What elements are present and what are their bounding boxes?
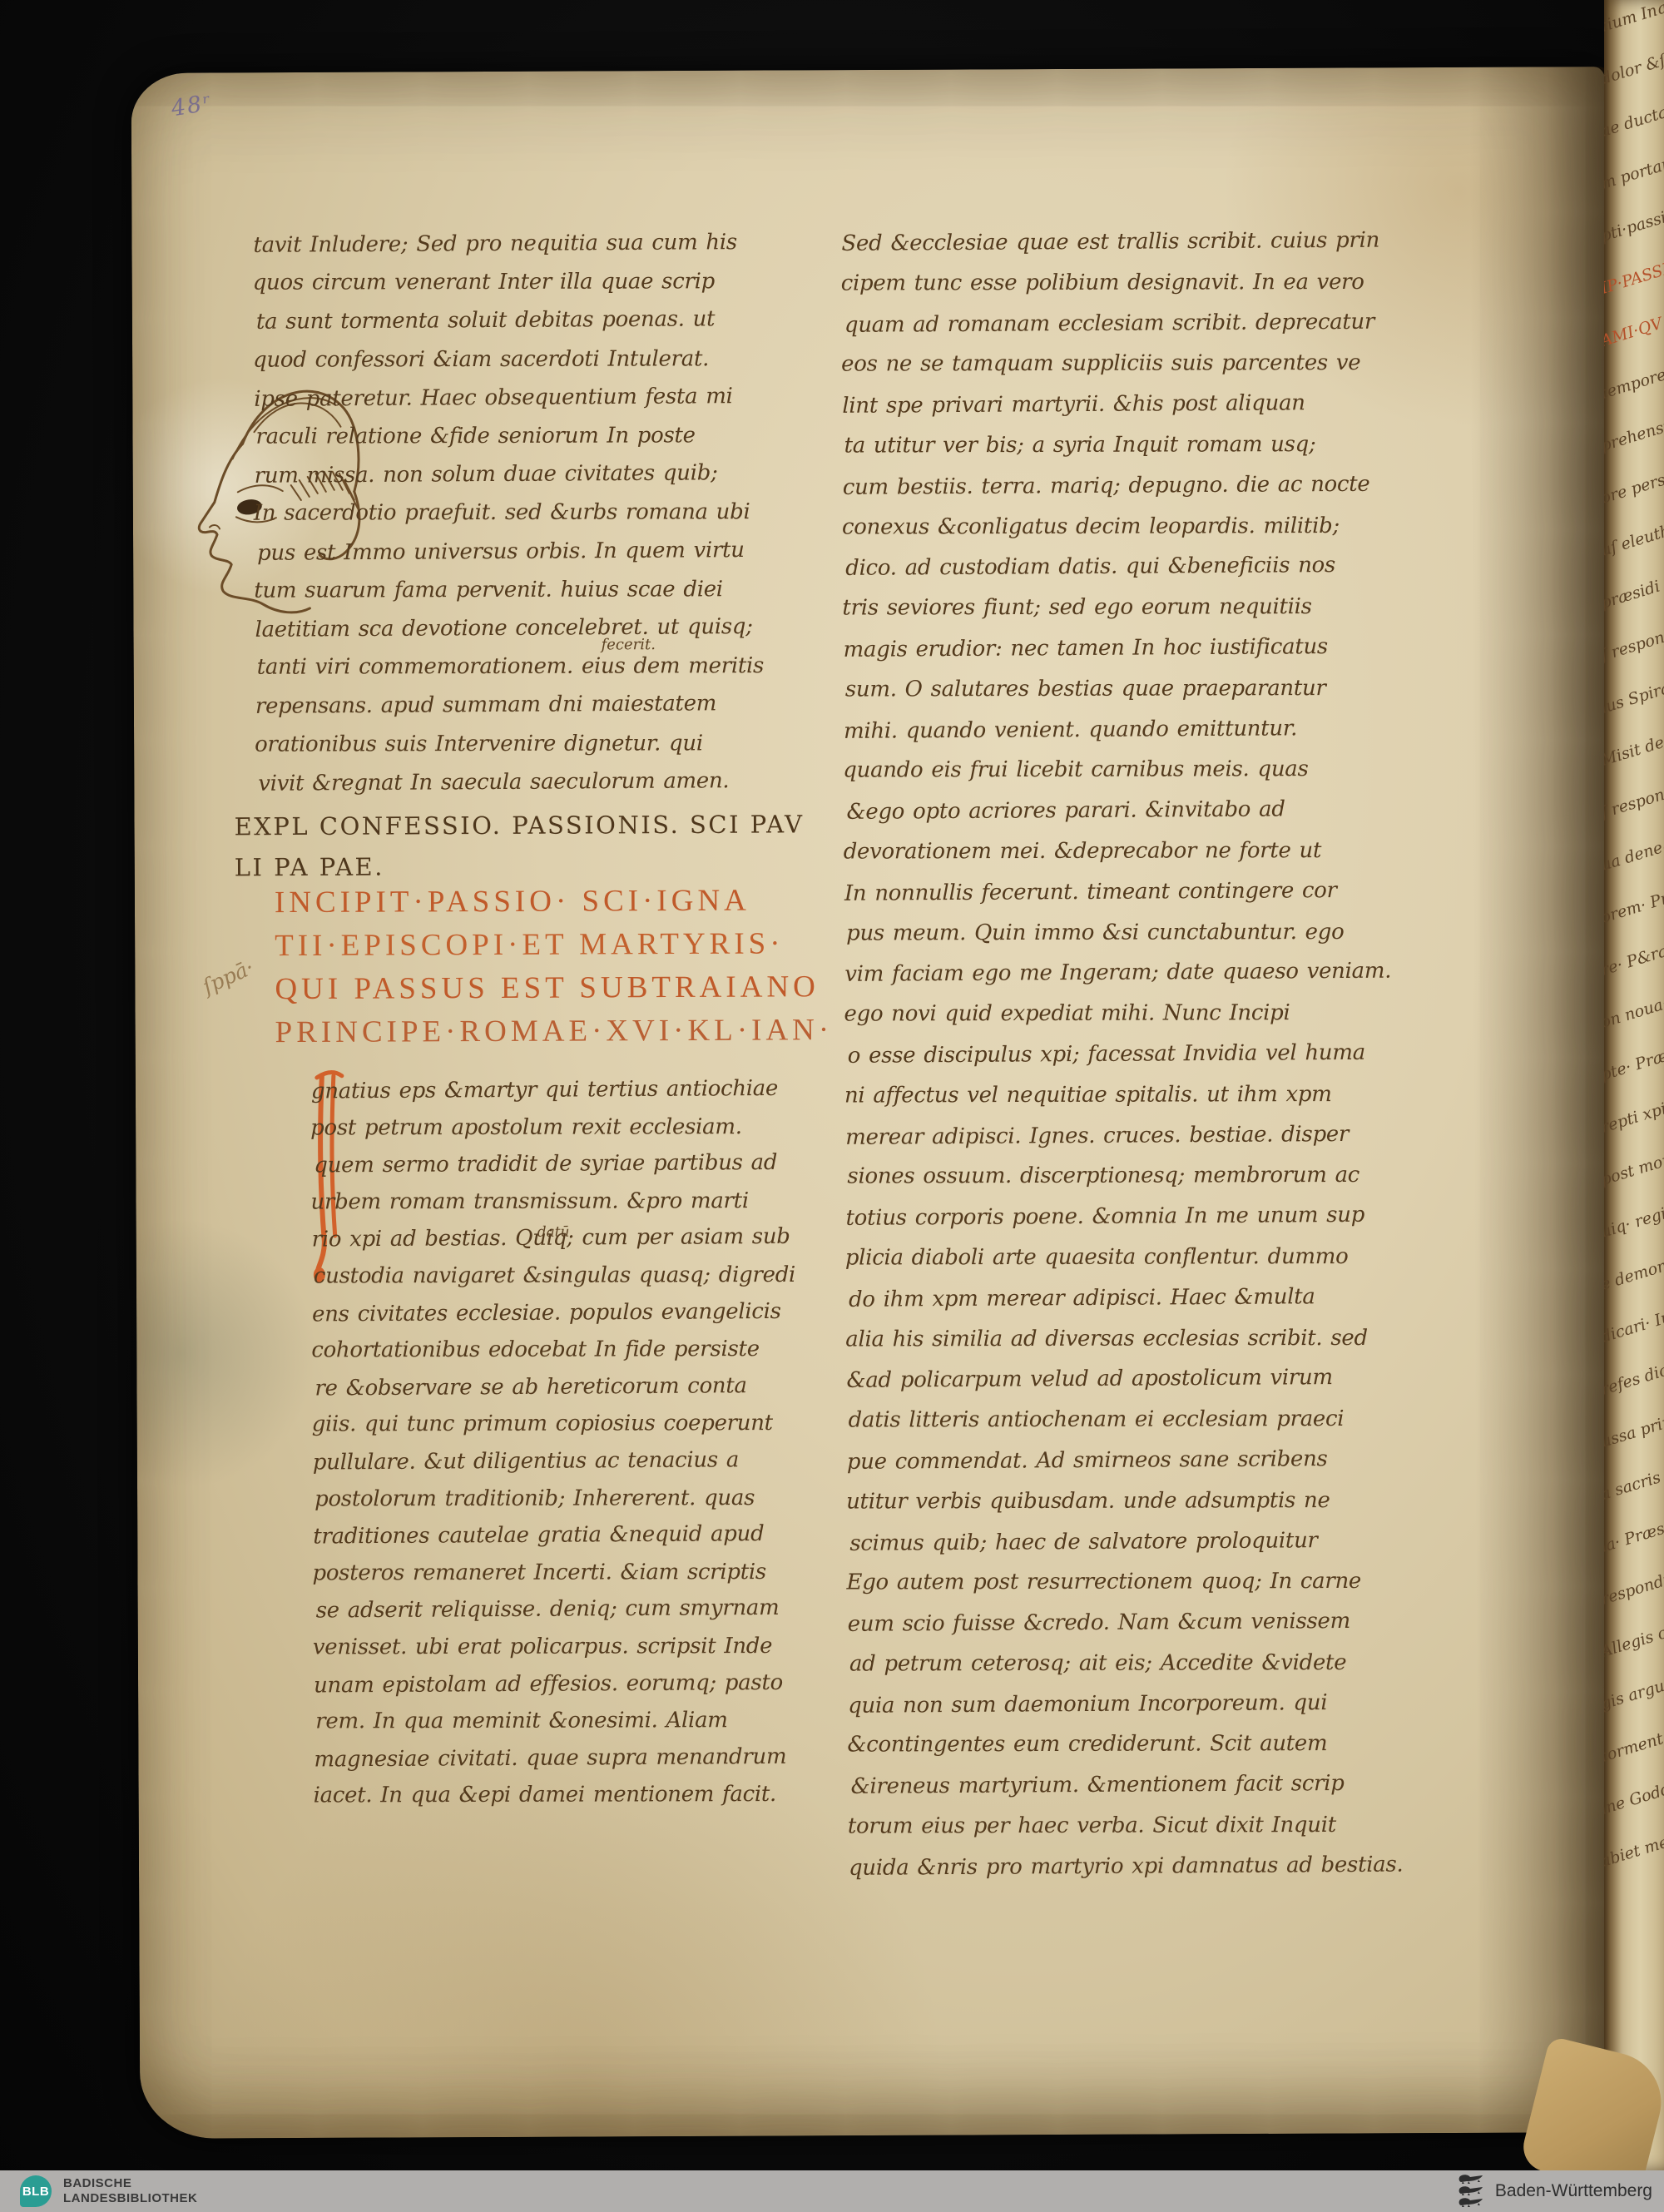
manuscript-line: dico. ad custodiam datis. qui &beneficii… (845, 545, 1409, 589)
manuscript-line: &contingentes eum crediderunt. Scit aute… (847, 1723, 1413, 1766)
library-name: BADISCHE LANDESBIBLIOTHEK (63, 2176, 197, 2206)
manuscript-line: mihi. quando venient. quando emittuntur. (844, 707, 1409, 751)
manuscript-line: magnesiae civitati. quae supra menandrum (314, 1738, 780, 1778)
manuscript-line: conexus &conligatus decim leopardis. mil… (842, 505, 1408, 548)
manuscript-line: ad petrum ceterosq; ait eis; Accedite &v… (849, 1643, 1413, 1685)
manuscript-line: rum missa. non solum duae civitates quib… (255, 454, 754, 495)
manuscript-line: alia his similia ad diversas ecclesias s… (845, 1317, 1411, 1360)
manuscript-line: &ego opto acriores parari. &invitabo ad (846, 789, 1409, 833)
manuscript-line: postolorum traditionib; Inhererent. quas (314, 1480, 778, 1518)
manuscript-line: lint spe privari martyrii. &his post ali… (842, 383, 1408, 427)
manuscript-line: datis litteris antiochenam ei ecclesiam … (849, 1399, 1412, 1441)
manuscript-line: plicia diaboli arte quaesita conflentur.… (845, 1237, 1411, 1279)
manuscript-line: scimus quib; haec de salvatore proloquit… (849, 1520, 1413, 1564)
blb-logo: BLB (20, 2175, 52, 2207)
manuscript-line: quando eis frui licebit carnibus meis. q… (843, 749, 1409, 791)
manuscript-line: tavit Inludere; Sed pro nequitia sua cum… (253, 223, 752, 265)
manuscript-line: totius corporis poene. &omnia In me unum… (845, 1195, 1411, 1239)
rubric-incipit: INCIPIT·PASSIO· SCI·IGNATII·EPISCOPI·ET … (275, 879, 791, 1054)
manuscript-line: torum eius per haec verba. Sicut dixit I… (848, 1805, 1414, 1847)
rubric-line: TII·EPISCOPI·ET MARTYRIS· (275, 922, 790, 968)
manuscript-line: ego novi quid expediat mihi. Nunc Incipi (844, 993, 1409, 1035)
rubric-line: QUI PASSUS EST SUBTRAIANO (275, 965, 790, 1011)
rubric-line: PRINCIPE·ROMAE·XVI·KL·IAN· (275, 1009, 791, 1054)
state-logo: Baden-Württemberg (1457, 2174, 1652, 2209)
left-column-part2: gnatius eps &martyr qui tertius antiochi… (310, 1071, 780, 1815)
manuscript-line: ipse pateretur. Haec obsequentium festa … (254, 377, 753, 419)
manuscript-line: quem sermo tradidit de syriae partibus a… (314, 1144, 777, 1184)
manuscript-line: In nonnullis fecerunt. timeant continger… (844, 870, 1410, 914)
manuscript-line: cipem tunc esse polibium designavit. In … (841, 262, 1407, 305)
manuscript-line: repensans. apud summam dni maiestatem (255, 684, 755, 726)
right-column: Sed &ecclesiae quae est trallis scribit.… (840, 221, 1414, 1888)
digitized-manuscript-viewer: 48ʳ tavit Inludere; Sed pro nequitia sua… (0, 0, 1664, 2212)
manuscript-line: pullulare. &ut diligentius ac tenacius a (313, 1441, 779, 1481)
manuscript-line: posteros remaneret Incerti. &iam scripti… (312, 1554, 778, 1592)
manuscript-line: siones ossuum. discerptionesq; membrorum… (847, 1155, 1410, 1198)
manuscript-line: sum. O salutares bestias quae praeparant… (845, 668, 1409, 711)
library-name-line2: LANDESBIBLIOTHEK (63, 2191, 197, 2206)
manuscript-line: pus est Immo universus orbis. In quem vi… (257, 531, 754, 573)
manuscript-line: quida &nris pro martyrio xpi damnatus ad… (849, 1844, 1414, 1888)
state-name: Baden-Württemberg (1495, 2181, 1652, 2201)
manuscript-line: venisset. ubi erat policarpus. scripsit … (313, 1628, 779, 1666)
manuscript-line: laetitiam sca devotione concelebret. ut … (255, 608, 754, 649)
manuscript-line: traditiones cautelae gratia &nequid apud (313, 1515, 779, 1555)
manuscript-line: &ireneus martyrium. &mentionem facit scr… (850, 1763, 1414, 1808)
manuscript-line: &ad policarpum velud ad apostolicum viru… (846, 1357, 1412, 1401)
manuscript-line: eos ne se tamquam suppliciis suis parcen… (841, 343, 1407, 385)
manuscript-line: merear adipisci. Ignes. cruces. bestiae.… (845, 1113, 1411, 1158)
manuscript-line: unam epistolam ad effesios. eorumq; past… (314, 1664, 780, 1704)
manuscript-line: utitur verbis quibusdam. unde adsumptis … (846, 1480, 1412, 1522)
manuscript-line: rem. In qua meminit &onesimi. Aliam (315, 1702, 779, 1740)
manuscript-line: raculi relatione &fide seniorum In poste (255, 416, 752, 456)
edge-text-fragment: abiet med dm (1604, 1821, 1662, 1887)
manuscript-line: ens civitates ecclesiae. populos evangel… (312, 1292, 778, 1332)
manuscript-line: se adserit reliquisse. deniq; cum smyrna… (316, 1590, 780, 1629)
manuscript-line: tum suarum fama pervenit. huius scae die… (254, 570, 753, 610)
manuscript-line: magis erudior: nec tamen In hoc iustific… (843, 626, 1409, 670)
manuscript-line: vivit &regnat In saecula saeculorum amen… (258, 761, 755, 803)
manuscript-line: re &observare se ab hereticorum conta (314, 1367, 778, 1407)
margin-gloss: ſppā· (199, 955, 257, 999)
manuscript-line: cohortationibus edocebat In fide persist… (311, 1331, 777, 1369)
manuscript-line: iacet. In qua &epi damei mentionem facit… (314, 1776, 780, 1814)
manuscript-line: do ihm xpm merear adipisci. Haec &multa (849, 1276, 1412, 1320)
manuscript-line: ni affectus vel nequitiae spitalis. ut i… (844, 1074, 1410, 1117)
manuscript-line: quia non sum daemonium Incorporeum. qui (848, 1682, 1414, 1726)
folio-number: 48ʳ (170, 90, 215, 122)
interlinear-gloss: fecerit. (602, 636, 656, 653)
manuscript-line: vim faciam ego me Ingeram; date quaeso v… (844, 951, 1410, 995)
library-name-line1: BADISCHE (63, 2176, 197, 2191)
manuscript-line: giis. qui tunc primum copiosius coeperun… (312, 1405, 778, 1443)
manuscript-line: pus meum. Quin immo &si cunctabuntur. eg… (846, 911, 1409, 954)
left-column-part1: tavit Inludere; Sed pro nequitia sua cum… (252, 224, 754, 803)
manuscript-line: devorationem mei. &deprecabor ne forte u… (844, 831, 1409, 873)
manuscript-line: post petrum apostolum rexit ecclesiam. (310, 1108, 776, 1147)
gutter-shadow (1469, 67, 1620, 2133)
rubric-line: INCIPIT·PASSIO· SCI·IGNA (275, 879, 790, 925)
manuscript-line: tris seviores fiunt; sed ego eorum nequi… (842, 587, 1408, 629)
manuscript-line: ta sunt tormenta soluit debitas poenas. … (256, 300, 753, 341)
manuscript-line: In sacerdotio praefuit. sed &urbs romana… (254, 493, 753, 533)
manuscript-line: Ego autem post resurrectionem quoq; In c… (846, 1561, 1412, 1604)
manuscript-line: urbem romam transmissum. &pro marti (310, 1183, 776, 1221)
manuscript-line: Sed &ecclesiae quae est trallis scribit.… (841, 220, 1407, 264)
manuscript-line: quod confessori &iam sacerdoti Intulerat… (253, 340, 752, 379)
explicit-line: EXPL CONFESSIO. PASSIONIS. SCI PAVLI PA … (234, 805, 750, 889)
manuscript-line: ta utitur ver bis; a syria Inquit romam … (844, 424, 1407, 467)
manuscript-page: 48ʳ tavit Inludere; Sed pro nequitia sua… (131, 67, 1615, 2139)
manuscript-line: quos circum venerant Inter illa quae scr… (253, 262, 752, 302)
manuscript-line: gnatius eps &martyr qui tertius antiochi… (311, 1070, 777, 1110)
three-lions-icon (1457, 2174, 1485, 2209)
manuscript-line: tanti viri commemorationem. eius dem mer… (257, 647, 754, 687)
explicit-text: EXPL CONFESSIO. PASSIONIS. SCI PAV (234, 805, 750, 848)
footer-bar: BLB BADISCHE LANDESBIBLIOTHEK Baden-Würt… (0, 2170, 1664, 2212)
manuscript-line: rio xpi ad bestias. Quiq; cum per asiam … (312, 1218, 778, 1258)
next-page-edge: tium Inquitdolor &ſubae ductæ com portam… (1604, 0, 1664, 2170)
manuscript-line: cum bestiis. terra. mariq; depugno. die … (843, 464, 1409, 508)
manuscript-line: o esse discipulus xpi; facessat Invidia … (848, 1032, 1411, 1076)
manuscript-line: orationibus suis Intervenire dignetur. q… (255, 724, 754, 764)
manuscript-line: pue commendat. Ad smirneos sane scribens (847, 1438, 1413, 1482)
manuscript-line: custodia navigaret &singulas quasq; digr… (314, 1257, 777, 1295)
manuscript-line: eum scio fuisse &credo. Nam &cum venisse… (848, 1601, 1414, 1645)
manuscript-line: quam ad romanam ecclesiam scribit. depre… (844, 301, 1408, 345)
